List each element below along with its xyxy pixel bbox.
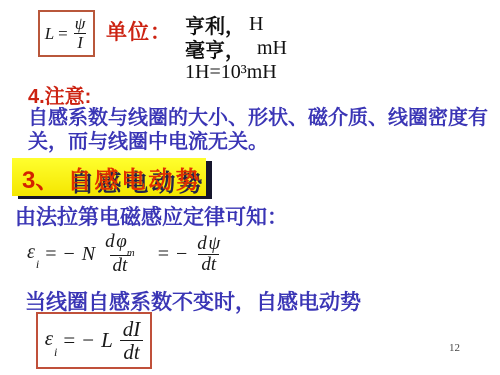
phi-subscript: m — [127, 247, 135, 259]
current-derivative-denominator: dt — [120, 340, 142, 363]
unit-label: 单位： — [106, 16, 172, 46]
minus-sign-2: − — [176, 243, 187, 266]
unit-conversion: 1H=10³mH — [185, 60, 287, 84]
flux-derivative-fraction: d φm dt — [102, 232, 138, 276]
epsilon-symbol: εi — [45, 326, 57, 354]
self-emf-formula: εi = − L dI dt — [45, 318, 144, 363]
flux-derivative-numerator: d φm — [102, 232, 138, 255]
section-title: 自感电动势 — [67, 160, 202, 195]
turns-symbol: N — [82, 243, 95, 266]
equals-sign: = — [58, 24, 68, 44]
linkage-derivative-fraction: d ψ dt — [194, 234, 223, 275]
minus-sign: − — [64, 243, 75, 266]
fraction-numerator-psi: ψ — [72, 15, 89, 33]
unit-henry-symbol: H — [249, 13, 263, 36]
self-emf-formula-box: εi = − L dI dt — [36, 312, 152, 369]
epsilon-subscript: i — [36, 257, 39, 271]
fraction-denominator-I: I — [74, 33, 86, 52]
inductance-definition-box: L = ψ I — [38, 10, 95, 57]
unit-millihenry: 毫亨， mH — [185, 36, 287, 60]
unit-millihenry-symbol: mH — [257, 37, 287, 60]
equals-sign: = — [45, 243, 56, 266]
note-heading: 4.注意: — [28, 80, 91, 109]
faraday-intro-text: 由法拉第电磁感应定律可知： — [15, 201, 288, 231]
units-list: 亨利， H 毫亨， mH 1H=10³mH — [185, 12, 287, 84]
page-number: 12 — [449, 342, 460, 354]
note-body: 自感系数与线圈的大小、形状、磁介质、线圈密度有关，而与线圈中电流无关。 — [28, 106, 493, 154]
linkage-derivative-numerator: d ψ — [194, 234, 223, 254]
section-header-bar: 3、 自感电动势 — [12, 158, 206, 196]
current-derivative-fraction: dI dt — [120, 318, 144, 363]
inductance-symbol: L — [45, 24, 54, 44]
minus-sign: − — [82, 328, 94, 353]
inductance-symbol: L — [101, 328, 113, 353]
linkage-derivative-denominator: dt — [198, 254, 219, 275]
faraday-formula: εi = − N d φm dt = − d ψ dt — [27, 232, 223, 276]
flux-current-fraction: ψ I — [72, 15, 89, 52]
section-number: 3、 — [22, 160, 59, 195]
unit-millihenry-chinese: 毫亨， — [185, 34, 245, 63]
epsilon-symbol: εi — [27, 241, 38, 267]
unit-henry: 亨利， H — [185, 12, 287, 36]
epsilon-subscript: i — [54, 345, 57, 359]
current-derivative-numerator: dI — [120, 318, 144, 340]
equals-sign-2: = — [158, 243, 169, 266]
equals-sign: = — [63, 328, 75, 353]
